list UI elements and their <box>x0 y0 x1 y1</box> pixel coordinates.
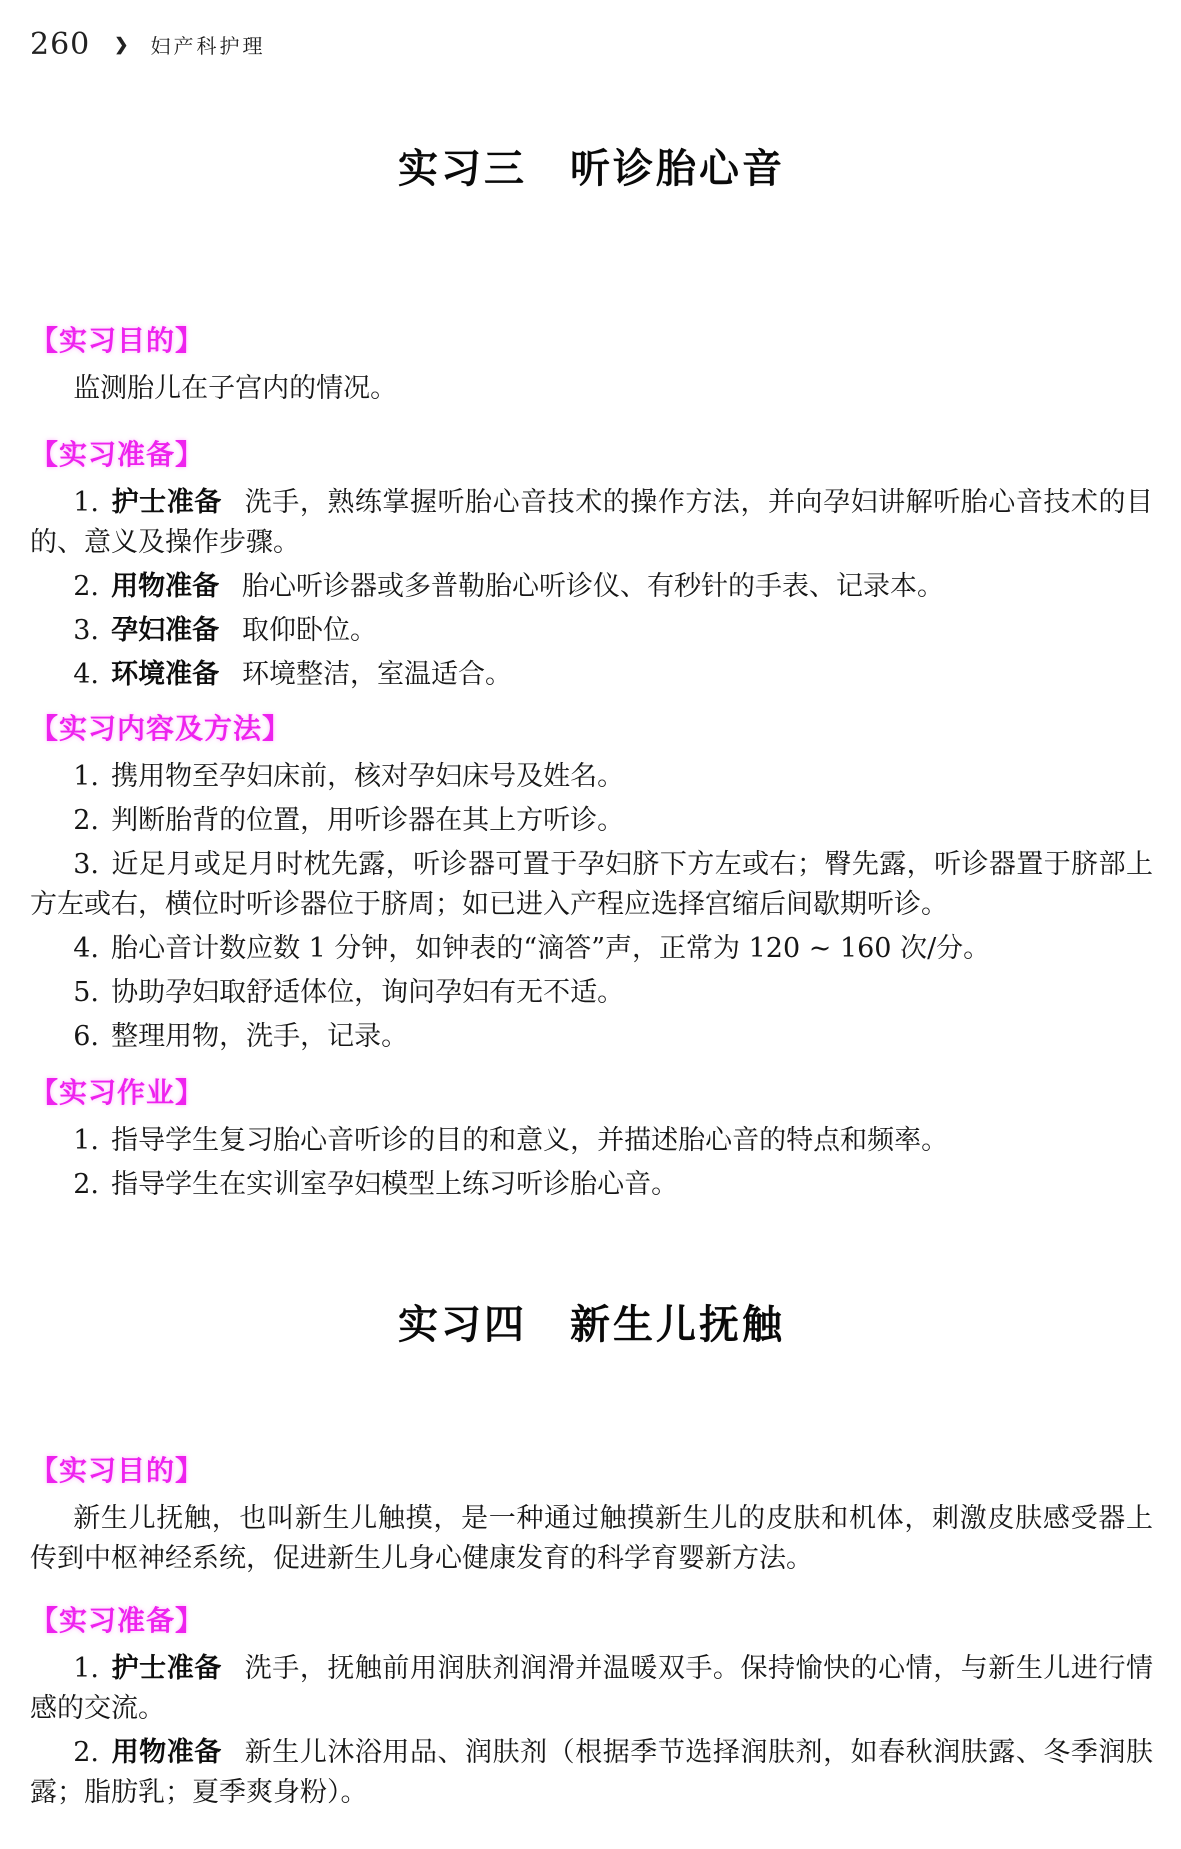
item-label: 护士准备 <box>111 487 222 518</box>
practice4-prep-heading: 【实习准备】 <box>30 1603 1153 1639</box>
item-number: 1. <box>73 761 99 792</box>
item-number: 2. <box>73 1169 99 1200</box>
list-item: 1.护士准备洗手，熟练掌握听胎心音技术的操作方法，并向孕妇讲解听胎心音技术的目的… <box>30 483 1153 563</box>
list-item: 1.指导学生复习胎心音听诊的目的和意义，并描述胎心音的特点和频率。 <box>30 1121 1153 1161</box>
practice3-homework-heading: 【实习作业】 <box>30 1075 1153 1111</box>
item-text: 整理用物，洗手，记录。 <box>111 1021 408 1052</box>
item-text: 取仰卧位。 <box>242 615 377 646</box>
list-item: 4.环境准备环境整洁，室温适合。 <box>30 655 1153 695</box>
list-item: 1.护士准备洗手，抚触前用润肤剂润滑并温暖双手。保持愉快的心情，与新生儿进行情感… <box>30 1649 1153 1729</box>
item-label: 用物准备 <box>111 1737 222 1768</box>
practice3-purpose-heading: 【实习目的】 <box>30 323 1153 359</box>
item-number: 2. <box>73 805 99 836</box>
item-text: 近足月或足月时枕先露，听诊器可置于孕妇脐下方左或右；臀先露，听诊器置于脐部上方左… <box>30 849 1153 920</box>
book-title: 妇产科护理 <box>151 30 266 59</box>
list-item: 3.孕妇准备取仰卧位。 <box>30 611 1153 651</box>
page-number: 260 <box>30 27 90 62</box>
list-item: 6.整理用物，洗手，记录。 <box>30 1017 1153 1057</box>
practice4-purpose-text: 新生儿抚触，也叫新生儿触摸，是一种通过触摸新生儿的皮肤和机体，刺激皮肤感受器上传… <box>30 1499 1153 1579</box>
item-number: 2. <box>73 1737 99 1768</box>
practice4-purpose-heading: 【实习目的】 <box>30 1453 1153 1489</box>
item-text: 协助孕妇取舒适体位，询问孕妇有无不适。 <box>111 977 624 1008</box>
item-number: 1. <box>73 487 99 518</box>
item-text: 携用物至孕妇床前，核对孕妇床号及姓名。 <box>111 761 624 792</box>
item-text: 环境整洁，室温适合。 <box>242 659 512 690</box>
item-text: 判断胎背的位置，用听诊器在其上方听诊。 <box>111 805 624 836</box>
list-item: 2.用物准备胎心听诊器或多普勒胎心听诊仪、有秒针的手表、记录本。 <box>30 567 1153 607</box>
item-text: 指导学生在实训室孕妇模型上练习听诊胎心音。 <box>111 1169 678 1200</box>
list-item: 2.用物准备新生儿沐浴用品、润肤剂（根据季节选择润肤剂，如春秋润肤露、冬季润肤露… <box>30 1733 1153 1813</box>
practice4-title: 实习四 新生儿抚触 <box>30 1297 1153 1353</box>
list-item: 2.判断胎背的位置，用听诊器在其上方听诊。 <box>30 801 1153 841</box>
item-number: 6. <box>73 1021 99 1052</box>
running-head: 260 ❯ 妇产科护理 <box>30 25 1153 63</box>
chevron-right-icon: ❯ <box>114 35 128 55</box>
item-label: 护士准备 <box>111 1653 222 1684</box>
item-number: 1. <box>73 1125 99 1156</box>
list-item: 2.指导学生在实训室孕妇模型上练习听诊胎心音。 <box>30 1165 1153 1205</box>
practice3-content-heading: 【实习内容及方法】 <box>30 711 1153 747</box>
textbook-page: 260 ❯ 妇产科护理 实习三 听诊胎心音 【实习目的】 监测胎儿在子宫内的情况… <box>0 0 1181 1849</box>
item-number: 4. <box>73 933 99 964</box>
item-text: 胎心听诊器或多普勒胎心听诊仪、有秒针的手表、记录本。 <box>242 571 944 602</box>
practice3-prep-heading: 【实习准备】 <box>30 437 1153 473</box>
item-number: 3. <box>73 615 99 646</box>
item-number: 5. <box>73 977 99 1008</box>
item-text: 指导学生复习胎心音听诊的目的和意义，并描述胎心音的特点和频率。 <box>111 1125 948 1156</box>
item-number: 2. <box>73 571 99 602</box>
item-label: 孕妇准备 <box>111 615 219 646</box>
item-number: 3. <box>73 849 99 880</box>
list-item: 1.携用物至孕妇床前，核对孕妇床号及姓名。 <box>30 757 1153 797</box>
item-text: 胎心音计数应数 1 分钟，如钟表的“滴答”声，正常为 120 ~ 160 次/分… <box>111 933 990 964</box>
item-number: 1. <box>73 1653 99 1684</box>
list-item: 5.协助孕妇取舒适体位，询问孕妇有无不适。 <box>30 973 1153 1013</box>
item-label: 环境准备 <box>111 659 219 690</box>
item-label: 用物准备 <box>111 571 219 602</box>
item-number: 4. <box>73 659 99 690</box>
practice3-title: 实习三 听诊胎心音 <box>30 141 1153 197</box>
list-item: 4.胎心音计数应数 1 分钟，如钟表的“滴答”声，正常为 120 ~ 160 次… <box>30 929 1153 969</box>
practice3-purpose-text: 监测胎儿在子宫内的情况。 <box>30 369 1153 409</box>
list-item: 3.近足月或足月时枕先露，听诊器可置于孕妇脐下方左或右；臀先露，听诊器置于脐部上… <box>30 845 1153 925</box>
